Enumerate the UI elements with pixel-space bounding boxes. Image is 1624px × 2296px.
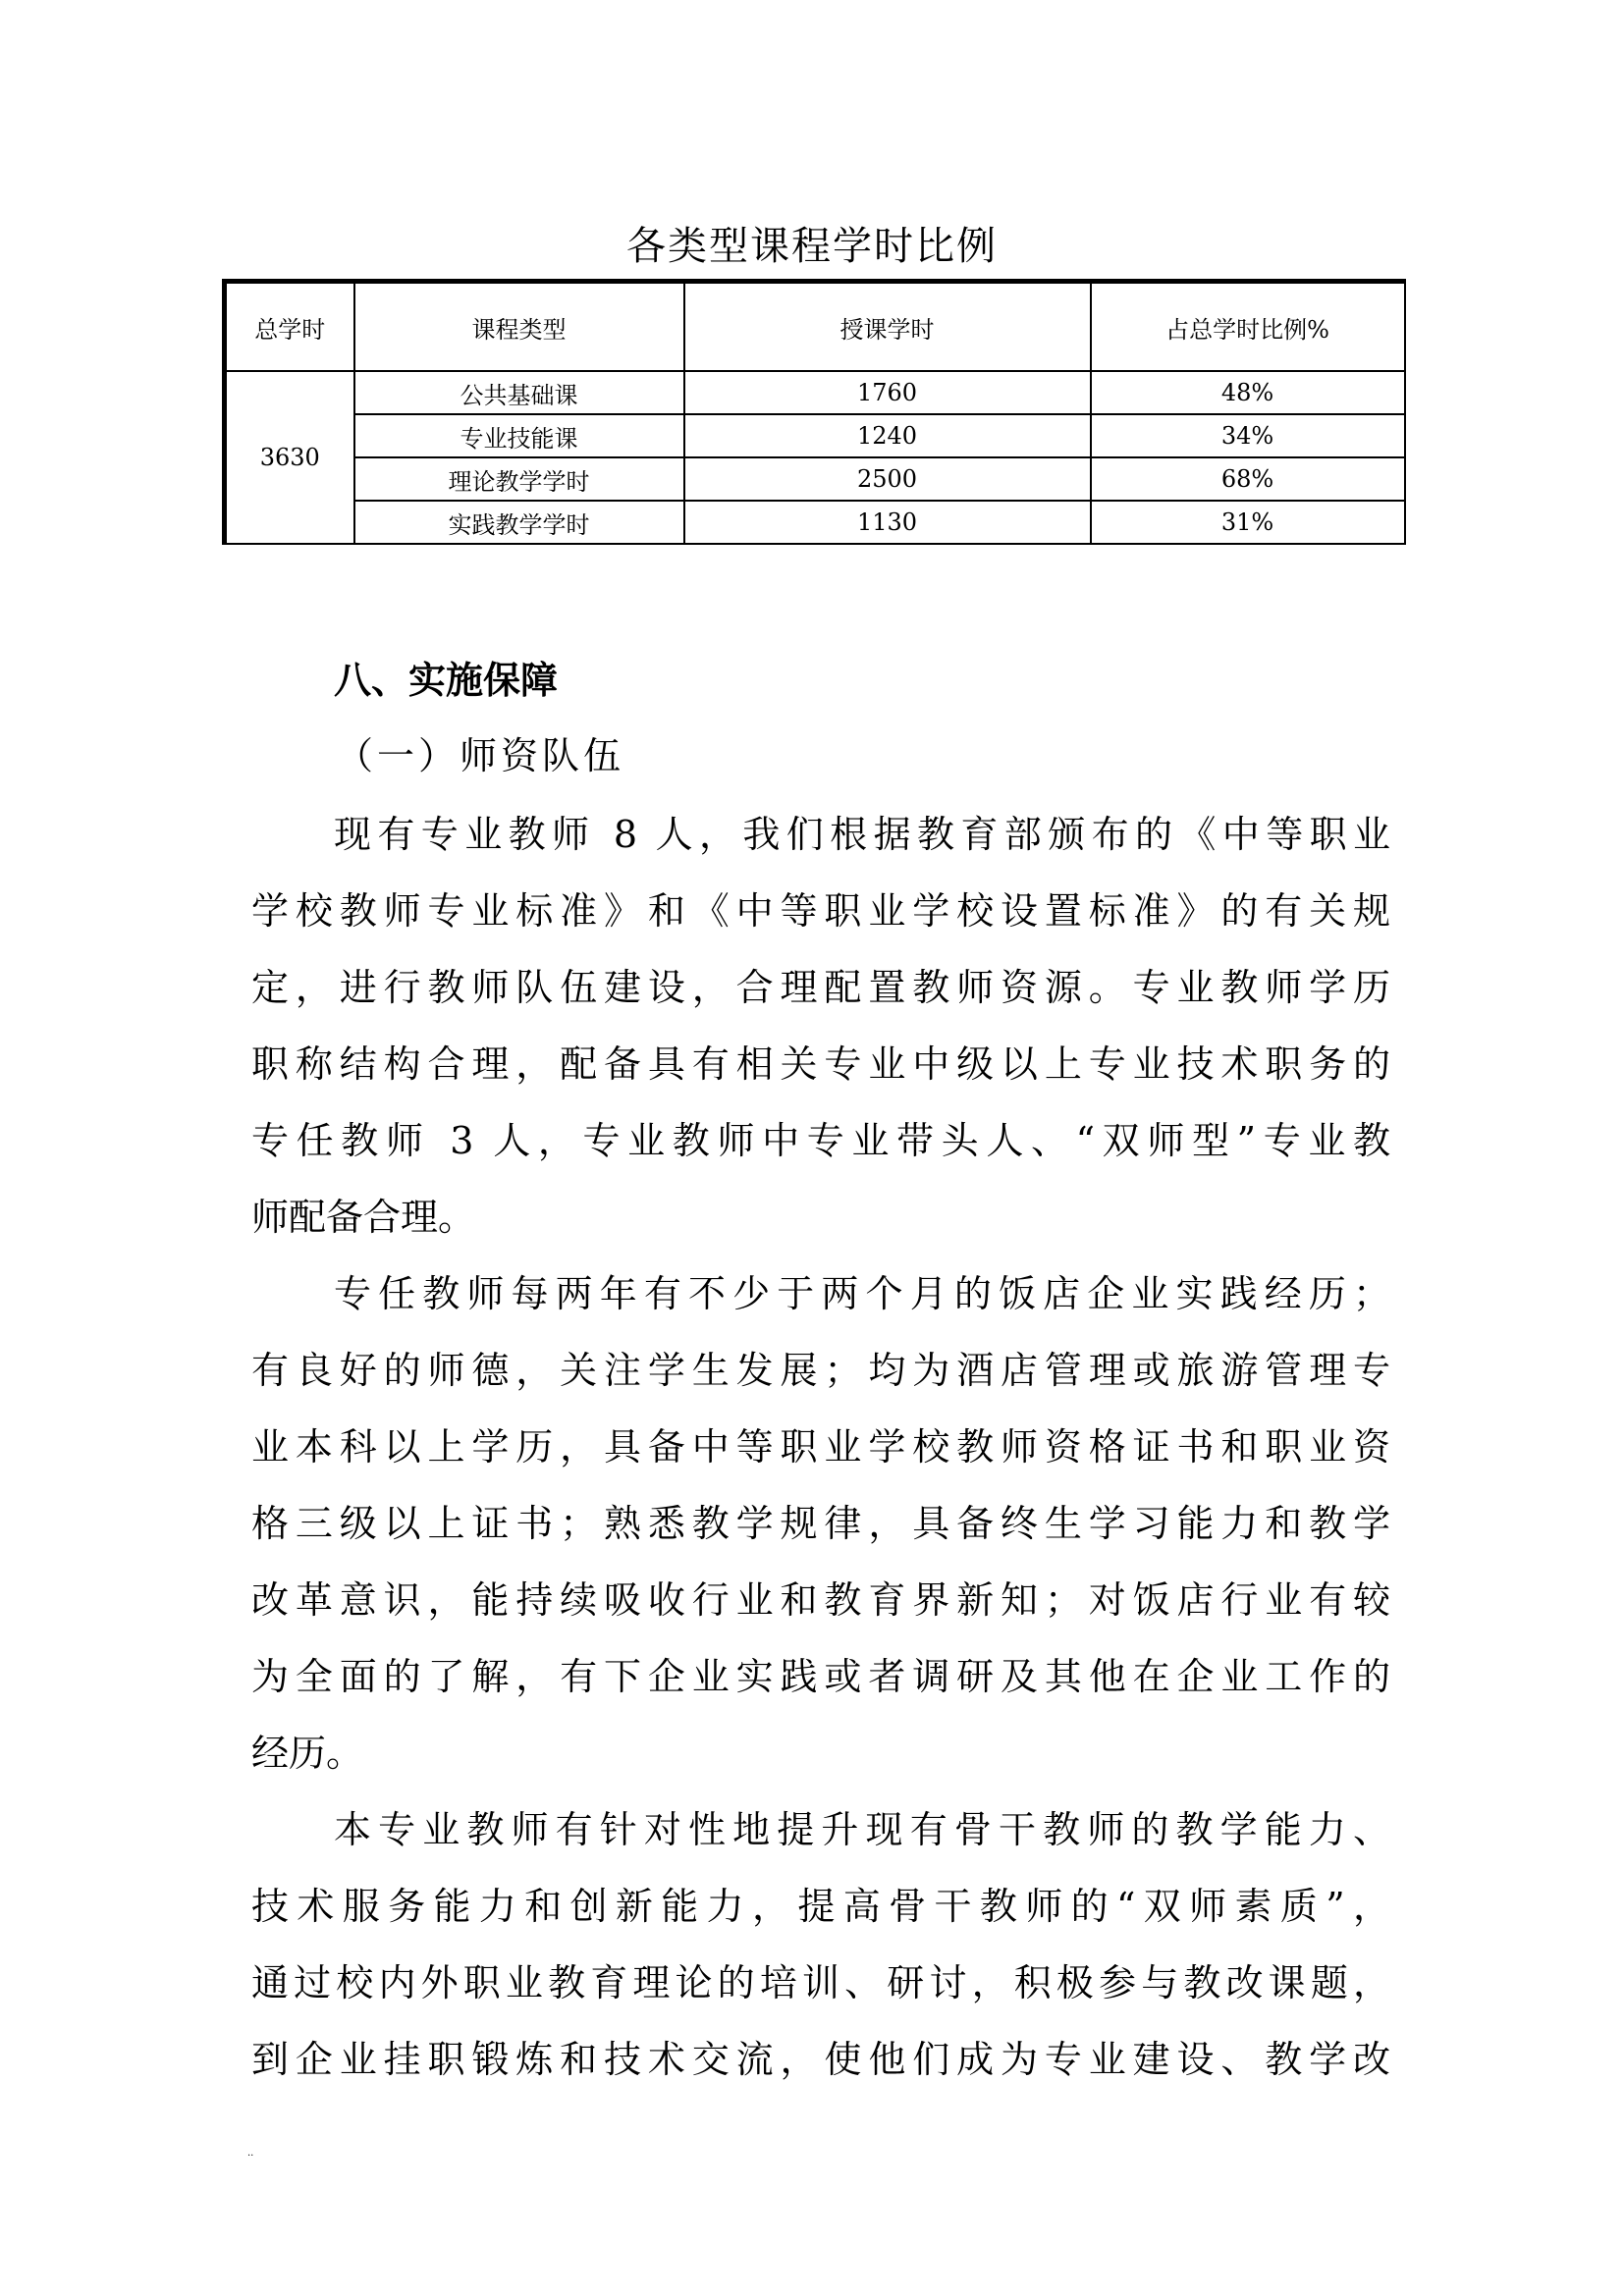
course-hours-ratio-table: 总学时 课程类型 授课学时 占总学时比例% 3630 公共基础课 1760 48… [222,279,1406,545]
table-row: 3630 公共基础课 1760 48% [225,371,1405,414]
subsection-heading: （一）师资队伍 [336,731,624,780]
section-heading: 八、实施保障 [334,656,558,705]
hours-cell: 1760 [684,371,1091,414]
course-type-cell: 专业技能课 [354,414,684,457]
document-page: 各类型课程学时比例 总学时 课程类型 授课学时 占总学时比例% 3630 公共基… [0,0,1624,2296]
course-type-cell: 理论教学学时 [354,457,684,501]
paragraph-line: 有良好的师德，关注学生发展；均为酒店管理或旅游管理专 [251,1346,1390,1395]
paragraph-line: 改革意识，能持续吸收行业和教育界新知；对饭店行业有较 [251,1575,1390,1625]
table-title: 各类型课程学时比例 [222,222,1402,271]
ratio-cell: 68% [1091,457,1405,501]
ratio-cell: 48% [1091,371,1405,414]
header-teaching-hours: 授课学时 [684,282,1091,372]
table-header-row: 总学时 课程类型 授课学时 占总学时比例% [225,282,1405,372]
hours-cell: 2500 [684,457,1091,501]
paragraph-line: 技术服务能力和创新能力，提高骨干教师的“双师素质”， [251,1882,1390,1931]
paragraph-line: 专任教师每两年有不少于两个月的饭店企业实践经历； [334,1269,1390,1318]
course-type-cell: 实践教学学时 [354,501,684,544]
footer-mark: .. [247,2149,253,2159]
paragraph-line: 业本科以上学历，具备中等职业学校教师资格证书和职业资 [251,1422,1390,1471]
hours-cell: 1130 [684,501,1091,544]
header-total-hours: 总学时 [225,282,354,372]
table-row: 理论教学学时 2500 68% [225,457,1405,501]
ratio-cell: 31% [1091,501,1405,544]
table-row: 实践教学学时 1130 31% [225,501,1405,544]
paragraph-line: 经历。 [251,1729,1390,1778]
header-course-type: 课程类型 [354,282,684,372]
paragraph-line: 为全面的了解，有下企业实践或者调研及其他在企业工作的 [251,1652,1390,1701]
paragraph-line: 本专业教师有针对性地提升现有骨干教师的教学能力、 [334,1805,1390,1854]
paragraph-line: 职称结构合理，配备具有相关专业中级以上专业技术职务的 [251,1040,1390,1089]
paragraph-line: 通过校内外职业教育理论的培训、研讨，积极参与教改课题， [251,1958,1390,2007]
paragraph-line: 学校教师专业标准》和《中等职业学校设置标准》的有关规 [251,886,1390,935]
paragraph-line: 到企业挂职锻炼和技术交流，使他们成为专业建设、教学改 [251,2035,1390,2084]
hours-cell: 1240 [684,414,1091,457]
total-hours-cell: 3630 [225,371,354,544]
paragraph-line: 现有专业教师 8 人，我们根据教育部颁布的《中等职业 [334,810,1390,859]
header-ratio: 占总学时比例% [1091,282,1405,372]
table-row: 专业技能课 1240 34% [225,414,1405,457]
paragraph-line: 定，进行教师队伍建设，合理配置教师资源。专业教师学历 [251,963,1390,1012]
paragraph-line: 师配备合理。 [251,1193,1390,1242]
course-type-cell: 公共基础课 [354,371,684,414]
paragraph-line: 格三级以上证书；熟悉教学规律，具备终生学习能力和教学 [251,1499,1390,1548]
ratio-cell: 34% [1091,414,1405,457]
paragraph-line: 专任教师 3 人，专业教师中专业带头人、“双师型”专业教 [251,1116,1390,1165]
